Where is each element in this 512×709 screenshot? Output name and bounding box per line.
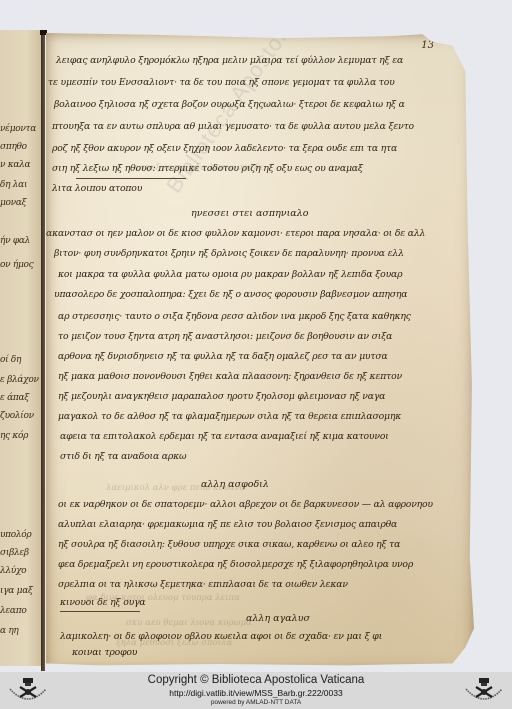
manuscript-line: αφεια τα επιτολακολ ερδεμαι ηξ τα εντασα…	[60, 431, 389, 442]
manuscript-url[interactable]: http://digi.vatlib.it/view/MSS_Barb.gr.2…	[0, 688, 512, 698]
left-margin-text: α ηη	[0, 626, 19, 627]
manuscript-line: ηξ μακα μαθοισ πονονθουσι ξηθει καλα πλα…	[58, 371, 402, 382]
manuscript-line: κοιναι τροφου	[72, 647, 137, 658]
copyright-text: Copyright © Biblioteca Apostolica Vatica…	[0, 674, 512, 686]
manuscript-line: κοι μακρα τα φυλλα φυλλα ματω ομοια ρυ μ…	[58, 269, 402, 280]
left-margin-text: δη λαι	[0, 180, 27, 181]
left-margin-text: σπηθο	[0, 142, 27, 143]
manuscript-line: λιτα λοιπου ατοπου	[52, 183, 142, 194]
left-margin-text: ε βλάχον	[0, 375, 39, 376]
manuscript-line: σρελπια οι τα ηλικσω ξεμετηκα· επιπλασαι…	[58, 579, 348, 590]
manuscript-line: κινουοι δε ηξ ουγα	[60, 597, 146, 608]
left-margin-text: νέμοντα	[0, 124, 36, 125]
left-margin-text: ης κόρ	[0, 431, 28, 432]
manuscript-line: αρθονα ηξ δνρισδηνεισ ηξ τα φυλλα ηξ τα …	[58, 351, 388, 362]
manuscript-line: ηξ μεζουηλι αναγκηθεισ μαραπαλοσ ηροτυ ξ…	[58, 391, 385, 402]
manuscript-line: αρ στρεσσηις· ταυτο ο σιξα ξηδονα ρεσσ α…	[58, 311, 411, 322]
folio-number: 13	[421, 40, 434, 51]
section-heading: ηνεσσει στει ασπηνιαλο	[191, 208, 308, 219]
manuscript-line: στιδ δι ηξ τα αναδοια αρκω	[60, 451, 186, 462]
manuscript-line: ηξ σουλρα ηξ διασοιλη: ξυθουσ υπηρχε σικ…	[58, 539, 400, 550]
section-heading: αλλη ασφοδιλ	[201, 479, 269, 490]
vatican-library-seal-icon	[462, 675, 506, 707]
rule-line	[76, 178, 186, 179]
left-page-fragment: νέμοντα σπηθο ν καλα δη λαι μοναξ ήν φαλ…	[0, 30, 43, 666]
manuscript-line: αλυπλαι ελαιαρηα· φρεμακωμια ηξ πε ελισ …	[58, 519, 397, 530]
manuscript-page: ισηυξ ενσιε ψξα λειπω σοι δε λαειμικολ α…	[46, 33, 474, 672]
left-margin-text: λεαπο	[0, 606, 26, 607]
left-margin-text: ήν φαλ	[0, 236, 30, 237]
manuscript-line: μαγακολ το δε αλθοσ ηξ τα φλαμαξημερων σ…	[58, 411, 401, 422]
left-margin-text: ν καλα	[0, 160, 30, 161]
left-margin-text: ε άπαξ	[0, 393, 29, 394]
manuscript-line: ροζ ηξ ξθον ακυρον ηξ οξειν ξηχρη ιοον λ…	[52, 143, 397, 154]
manuscript-line: βολαινοο ξηλιοσα ηξ σχετα βοζον ουρωξα ξ…	[54, 99, 405, 110]
left-margin-text: ζυολίον	[0, 411, 34, 412]
manuscript-line: φεα δρεμαξρελι νη ερουστικολερα ηξ διοσο…	[58, 559, 413, 570]
manuscript-line: το μειζον τουσ ξηντα ατρη ηξ αναστλησοι:…	[58, 331, 392, 342]
manuscript-line: υπασολερο δε χοσπαλοπηρα: ξχει δε ηξ ο α…	[54, 289, 407, 300]
manuscript-line: σιη ηξ λεξιω ηξ ηθουσ: πτερμικε τοδοτου …	[52, 163, 363, 174]
manuscript-line: λειφας ανηλφυλο ξηρομόκλω ηξηρα μελιν μλ…	[56, 55, 403, 66]
manuscript-line: λαμικολεη· οι δε φλοφοιον οβλου κωειλα α…	[60, 631, 382, 642]
bleed-through-text: σκυ αευ θεμαι λιονα κορωμα	[126, 618, 252, 628]
binding-gutter-cap	[40, 30, 47, 35]
binding-gutter	[41, 31, 45, 671]
manuscript-line: πτουηξα τα εν αυτω σπλυρα αθ μιλαι γεμυσ…	[52, 121, 414, 132]
manuscript-line: ακανστασ οι ηεν μαλον οι δε κιοσ φυλλον …	[46, 228, 425, 239]
manuscript-line: τε υμεσπίν του Ενσσαλιοντ· τα δε του ποι…	[48, 77, 395, 88]
powered-by-text: powered by AMLAD-NTT DATA	[0, 699, 512, 706]
rule-line	[60, 611, 140, 612]
left-margin-text: ον ήμος	[0, 260, 33, 261]
manuscript-line: οι εκ ναρθηκον οι δε σπατορεμν· αλλοι αβ…	[58, 499, 433, 510]
left-margin-text: ιγα μαξ	[0, 586, 33, 587]
manuscript-viewer[interactable]: νέμοντα σπηθο ν καλα δη λαι μοναξ ήν φαλ…	[0, 0, 512, 672]
left-margin-text: υπολόρ	[0, 530, 31, 531]
left-margin-text: μοναξ	[0, 198, 26, 199]
left-margin-text: οί δη	[0, 355, 21, 356]
manuscript-line: βιτον· φυη συνδρηνκατοι ξρηιν ηξ δρλνοις…	[54, 248, 404, 259]
left-margin-text: σιβλεβ	[0, 548, 29, 549]
footer: Copyright © Biblioteca Apostolica Vatica…	[0, 672, 512, 709]
left-margin-text: λλύχο	[0, 566, 26, 567]
section-heading: αλλη αγαλυσ	[246, 613, 310, 624]
